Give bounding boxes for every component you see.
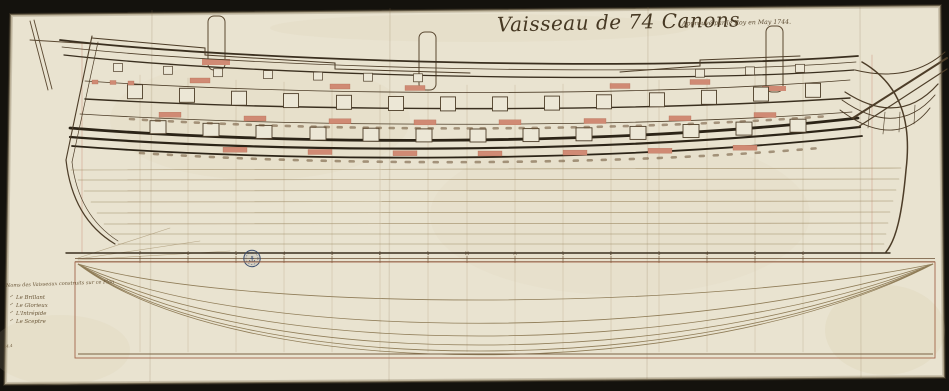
station-label: 1 [427,251,430,257]
station-label: 5 [754,251,757,257]
gunport [576,128,592,141]
anchor-stamp: ⚓ [244,250,260,266]
gunport [597,95,612,109]
anchor-icon: ⚓ [248,255,256,265]
gunport [754,87,769,101]
station-label: M [465,251,469,257]
gunport [683,125,699,138]
gunport [545,96,560,110]
station-label: 3 [658,251,661,257]
station-label: 5 [235,251,238,257]
fore-mast-stub [766,26,783,92]
station-label: 4 [283,251,286,257]
gunport [389,97,404,111]
gunport [630,126,646,139]
gunport [363,128,379,141]
station-label: 4 [706,251,709,257]
legend-entry: Le Brillant [15,295,46,301]
station-label: 6 [802,251,805,257]
gunport [337,95,352,109]
station-label: 3 [331,251,334,257]
gunport [180,88,195,102]
gunport [150,121,166,134]
station-label: 6 [187,251,190,257]
ship-plan-photo: Vaisseau de 74 Canons Approuvé par le Ro… [0,0,949,391]
legend-entry: Le Sceptre [15,319,46,325]
station-label: 7 [139,251,142,257]
station-label: 2 [610,251,613,257]
gunport [736,122,752,135]
gunport [203,123,219,136]
gunport [232,91,247,105]
ship-plan-drawing: Vaisseau de 74 Canons Approuvé par le Ro… [0,0,949,391]
gunport [523,129,539,142]
legend-entry: L'Intrépide [15,310,46,317]
gunport [702,90,717,104]
gunport [806,83,821,97]
legend-entry: Le Glorieux [15,303,48,309]
gunport [416,129,432,142]
gunport [441,97,456,111]
gunport [790,119,806,132]
gunport [128,85,143,99]
gunport [256,125,272,138]
gunport [470,129,486,142]
gunport [650,93,665,107]
gunport [310,127,326,140]
station-label: 1 [562,251,565,257]
gunport [284,94,299,108]
station-label: 2 [379,251,382,257]
gunport [493,97,508,111]
